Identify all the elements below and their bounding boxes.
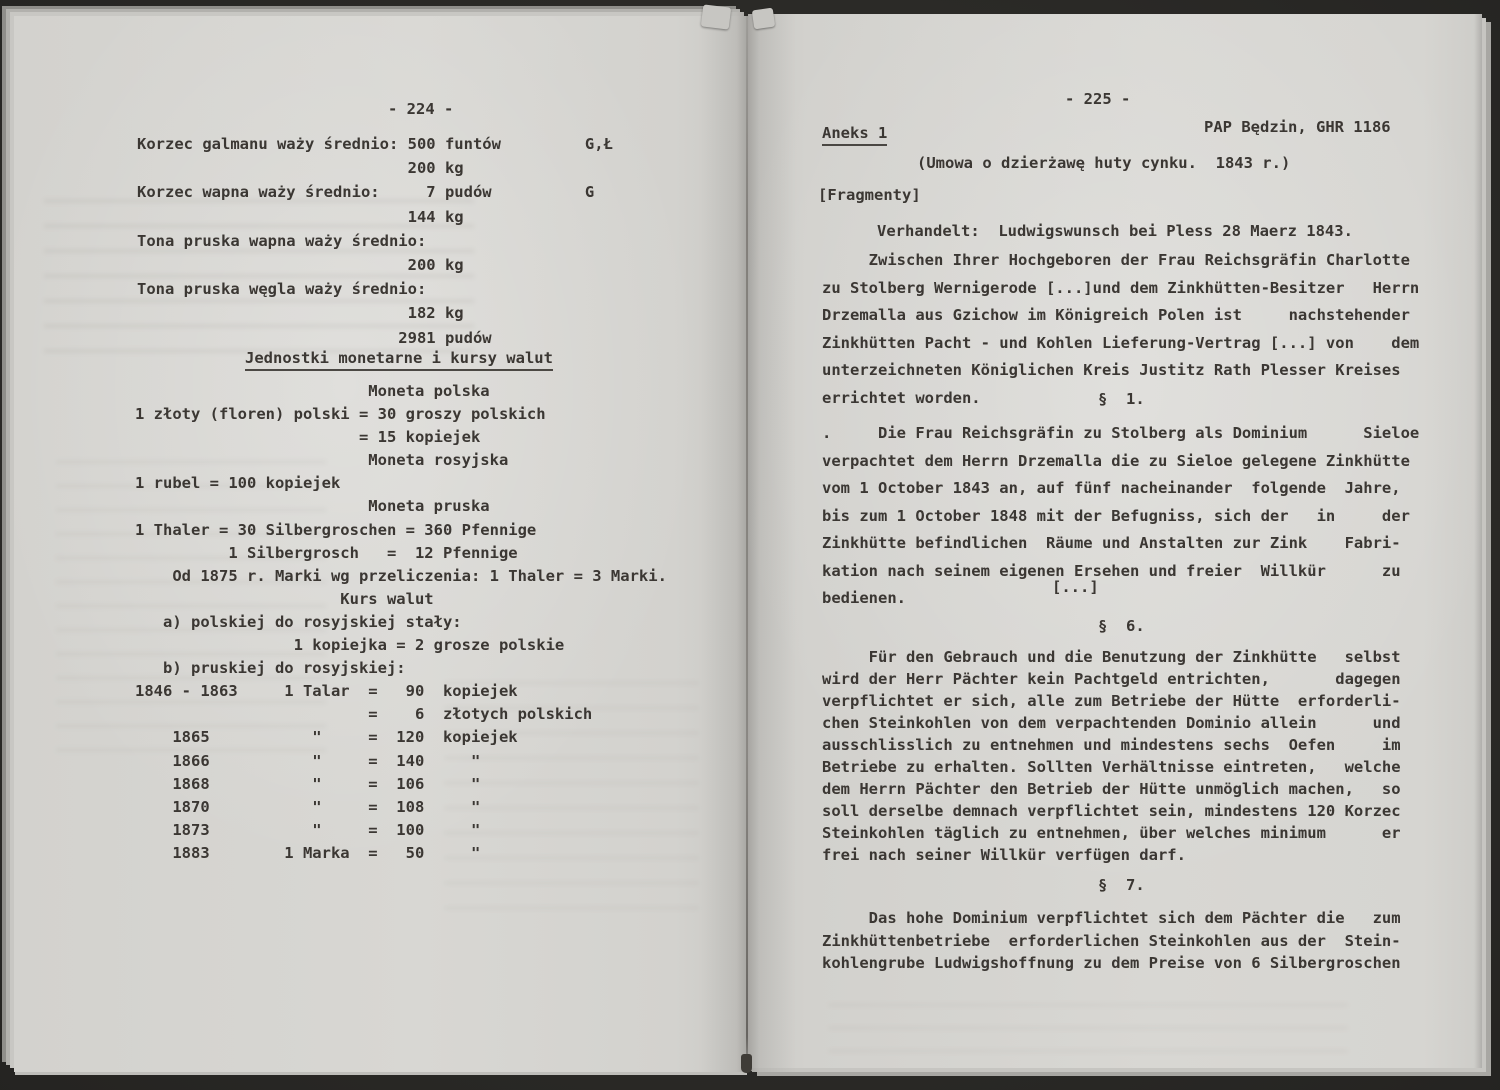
left-page-number: - 224 - xyxy=(388,100,453,118)
annex-heading: Aneks 1 xyxy=(822,124,887,146)
right-page: - 225 - Aneks 1 PAP Będzin, GHR 1186 (Um… xyxy=(748,14,1482,1068)
book-scan: - 224 - Korzec galmanu waży średnio: 500… xyxy=(0,0,1500,1090)
right-page-number: - 225 - xyxy=(1065,90,1130,108)
page-fore-edge xyxy=(1474,14,1482,1068)
binding-tape-right xyxy=(752,8,775,30)
fragments-label: [Fragmenty] xyxy=(818,186,921,204)
omission-mark: [...] xyxy=(1052,578,1099,596)
section-6-paragraph: Für den Gebrauch und die Benutzung der Z… xyxy=(822,646,1401,866)
currency-units-heading: Jednostki monetarne i kursy walut xyxy=(245,349,553,371)
binding-tape-left xyxy=(701,4,731,29)
bleedthrough-smudge xyxy=(828,989,1348,1059)
section-7-paragraph: Das hohe Dominium verpflichtet sich dem … xyxy=(822,907,1401,975)
binding-notch-bottom xyxy=(741,1054,752,1073)
weights-table: Korzec galmanu waży średnio: 500 funtów … xyxy=(137,132,613,350)
intro-paragraph: Zwischen Ihrer Hochgeboren der Frau Reic… xyxy=(822,247,1419,413)
section-6-label: § 6. xyxy=(1098,617,1145,635)
section-7-label: § 7. xyxy=(1098,876,1145,894)
section-1-label: § 1. xyxy=(1098,390,1145,408)
currency-rates-table: Moneta polska 1 złoty (floren) polski = … xyxy=(135,380,667,865)
left-page: - 224 - Korzec galmanu waży średnio: 500… xyxy=(14,16,748,1072)
archive-reference: PAP Będzin, GHR 1186 xyxy=(1204,118,1391,136)
contract-subtitle: (Umowa o dzierżawę huty cynku. 1843 r.) xyxy=(917,154,1290,172)
negotiated-line: Verhandelt: Ludwigswunsch bei Pless 28 M… xyxy=(877,222,1353,240)
section-1-paragraph: . Die Frau Reichsgräfin zu Stolberg als … xyxy=(822,420,1419,613)
